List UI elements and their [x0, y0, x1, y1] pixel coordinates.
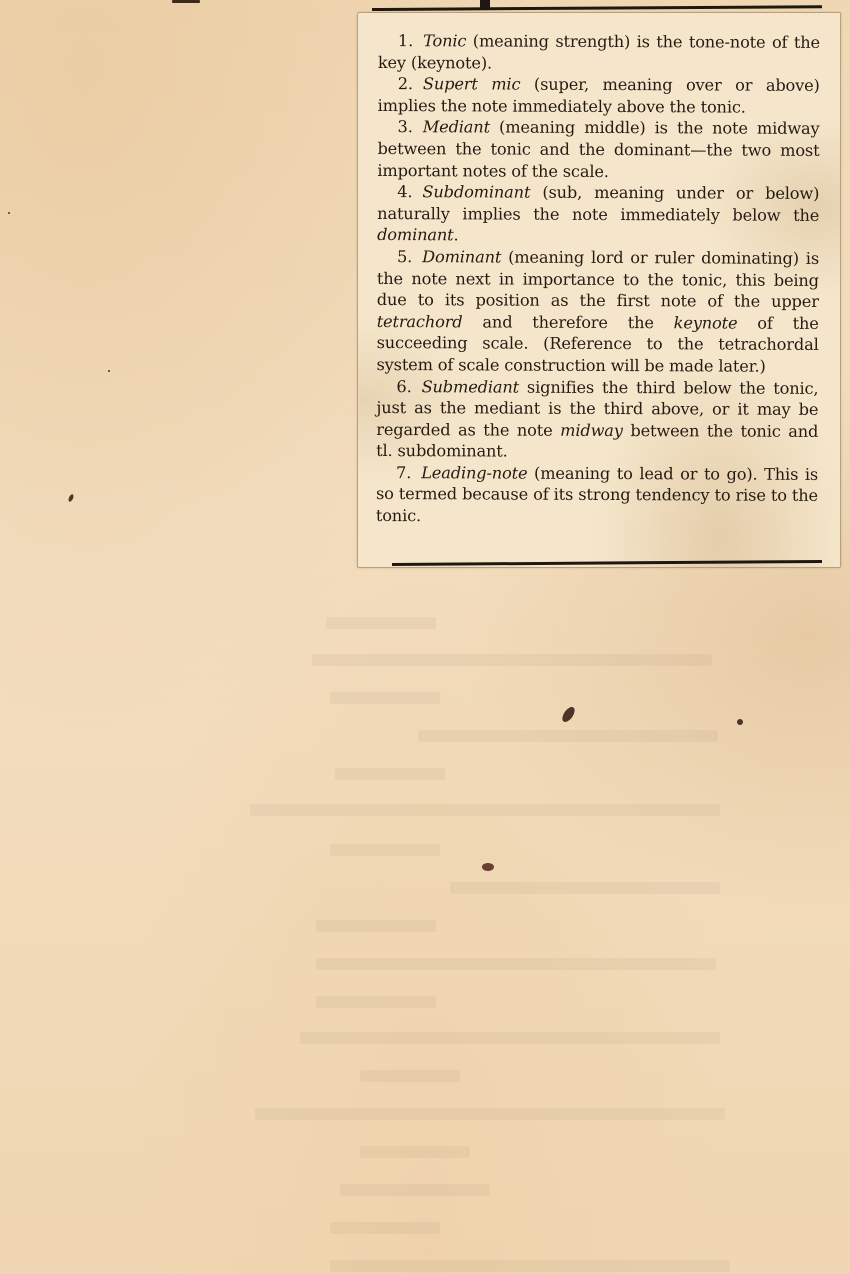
term: Subdominant [422, 182, 530, 201]
term: Tonic [423, 31, 466, 50]
italic-word: midway [560, 420, 623, 439]
item-number: 2. [398, 74, 413, 93]
item-number: 5. [397, 247, 412, 266]
term: Mediant [423, 118, 490, 137]
scale-degree-tonic: 1.Tonic (meaning strength) is the tone-n… [378, 30, 820, 75]
term: Leading-note [421, 463, 527, 482]
definition-end: . [454, 226, 459, 245]
scale-degree-dominant: 5.Dominant (meaning lord or ruler domina… [376, 246, 819, 377]
scale-degree-leading-note: 7.Leading-note (meaning to lead or to go… [376, 462, 818, 529]
term: Supert mic [423, 74, 521, 93]
speck-mark [737, 719, 743, 725]
item-number: 4. [397, 182, 412, 201]
scale-degree-subdominant: 4.Subdominant (sub, meaning under or bel… [377, 181, 819, 248]
top-edge-mark [172, 0, 200, 3]
speck-mark [8, 212, 10, 214]
clipping-text: 1.Tonic (meaning strength) is the tone-n… [376, 30, 820, 529]
italic-word: keynote [674, 313, 738, 332]
item-number: 7. [396, 463, 411, 482]
scale-degree-supertonic: 2.Supert mic (super, meaning over or abo… [378, 73, 820, 118]
speck-mark [482, 863, 494, 871]
item-number: 1. [398, 31, 413, 50]
scale-degree-submediant: 6.Submediant signifies the third below t… [376, 375, 818, 463]
definition-mid: and therefore the [463, 312, 674, 332]
item-number: 6. [396, 377, 411, 396]
speck-mark [108, 370, 110, 372]
item-number: 3. [398, 117, 413, 136]
term: Dominant [422, 247, 501, 266]
scale-degree-mediant: 3.Mediant (meaning middle) is the note m… [377, 116, 819, 183]
term: Submediant [422, 377, 520, 396]
italic-word: tetrachord [377, 312, 463, 331]
italic-word: dominant [377, 225, 454, 244]
